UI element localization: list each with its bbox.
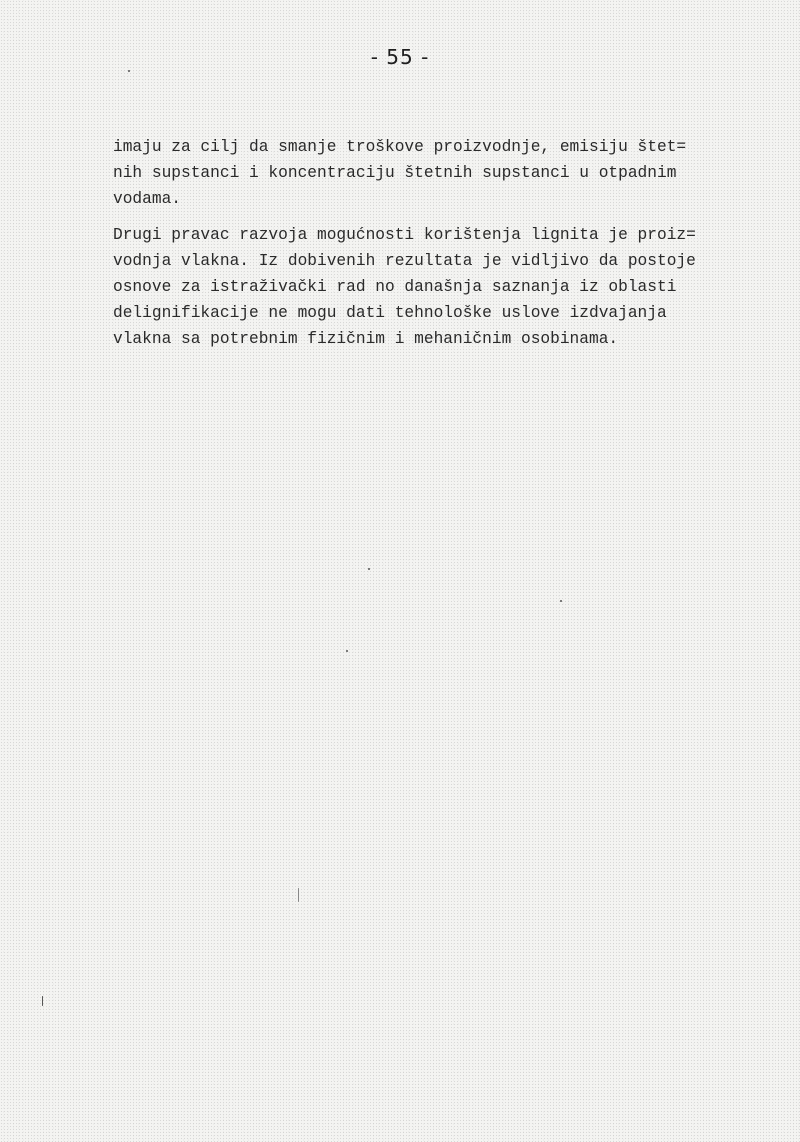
text-line: nih supstanci i koncentraciju štetnih su… [113,160,793,186]
scan-speck [128,70,130,72]
text-line: delignifikacije ne mogu dati tehnološke … [113,300,793,326]
scan-speck [298,888,299,902]
paragraph-1: imaju za cilj da smanje troškove proizvo… [113,134,793,212]
paragraph-spacer [113,212,793,222]
text-line: vodama. [113,186,793,212]
document-body: imaju za cilj da smanje troškove proizvo… [113,134,793,352]
scan-speck [42,996,43,1006]
scan-speck [368,568,370,570]
text-line: vodnja vlakna. Iz dobivenih rezultata je… [113,248,793,274]
text-line: imaju za cilj da smanje troškove proizvo… [113,134,793,160]
scan-speck [560,600,562,602]
text-line: Drugi pravac razvoja mogućnosti korišten… [113,222,793,248]
text-line: osnove za istraživački rad no današnja s… [113,274,793,300]
scan-speck [346,650,348,652]
page-number: - 55 - [0,45,800,69]
paragraph-2: Drugi pravac razvoja mogućnosti korišten… [113,222,793,352]
text-line: vlakna sa potrebnim fizičnim i mehanični… [113,326,793,352]
